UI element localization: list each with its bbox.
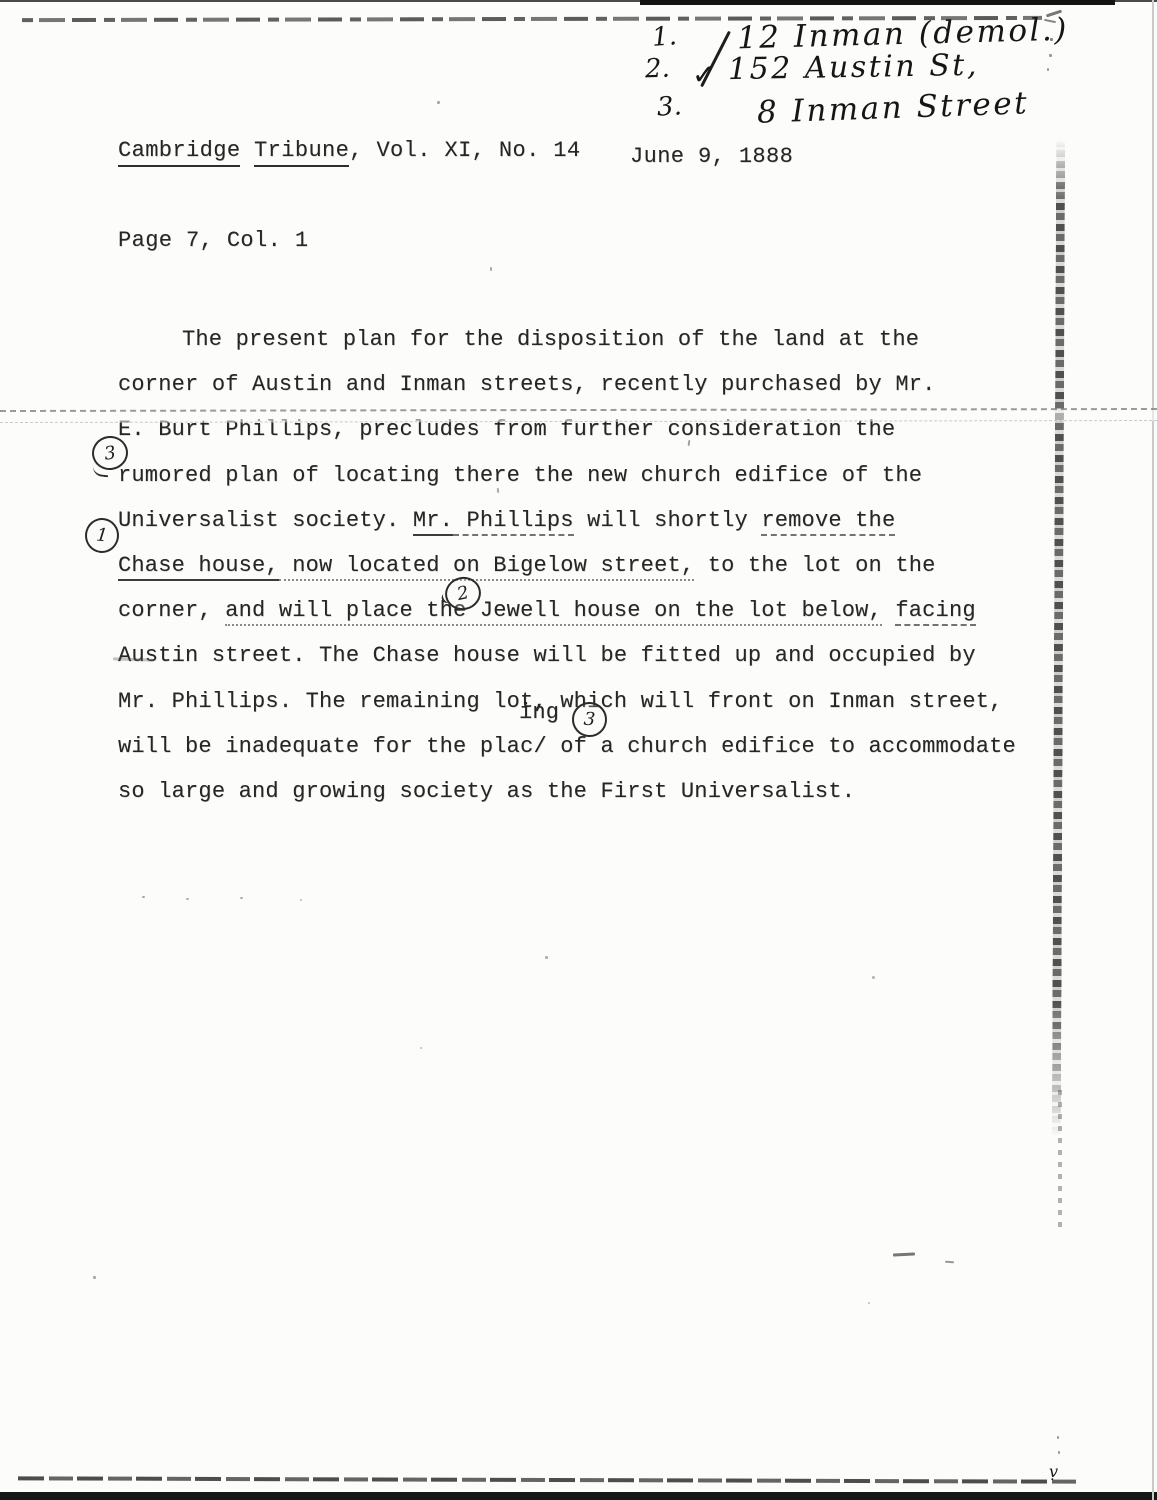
scan-right-edge-line [1152,0,1154,1500]
annotation-number-2: 2. [644,54,670,85]
scanned-document-page: 1. 12 Inman (demol.) 2. ✓ 152 Austin St,… [0,0,1157,1500]
bottom-right-pencil-mark: ṿ [1049,1462,1058,1481]
document-title: Cambridge Tribune, Vol. XI, No. 14 [118,138,581,163]
annotation-number-3: 3. [656,91,682,122]
body-line: Chase house, now located on Bigelow stre… [118,543,1058,588]
title-word-cambridge: Cambridge [118,138,240,167]
page-column-reference: Page 7, Col. 1 [118,228,308,253]
scan-bottom-dashed-line [18,1476,1078,1483]
body-paragraph: The present plan for the disposition of … [118,317,1058,814]
typed-insertion-ing: ing [519,700,559,725]
scan-binding-streak-fade [1058,1090,1062,1230]
annotation-number-1: 1. [651,21,678,53]
annotation-text-3: 8 Inman Street [756,85,1029,130]
document-date: June 9, 1888 [630,144,793,169]
checkmark-icon: ✓ [692,58,715,91]
body-line: corner, and will place the Jewell house … [118,588,1058,633]
body-line: rumored plan of locating there the new c… [118,453,1058,498]
body-line: Universalist society. Mr. Phillips will … [118,498,1058,543]
annotation-text-2: 152 Austin St, [728,48,979,87]
scan-top-edge-bar [640,0,1115,5]
body-line: The present plan for the disposition of … [118,317,1058,362]
circled-number-1-chase: 1 [83,516,120,554]
body-line: corner of Austin and Inman streets, rece… [118,362,1058,407]
title-word-tribune: Tribune [254,138,349,167]
body-line: Austin street. The Chase house will be f… [118,633,1058,678]
title-volume-issue: , Vol. XI, No. 14 [349,138,580,163]
body-line: so large and growing society as the Firs… [118,769,1058,814]
scan-crease-line [0,408,1157,423]
scan-bottom-edge-bar [0,1492,1157,1500]
